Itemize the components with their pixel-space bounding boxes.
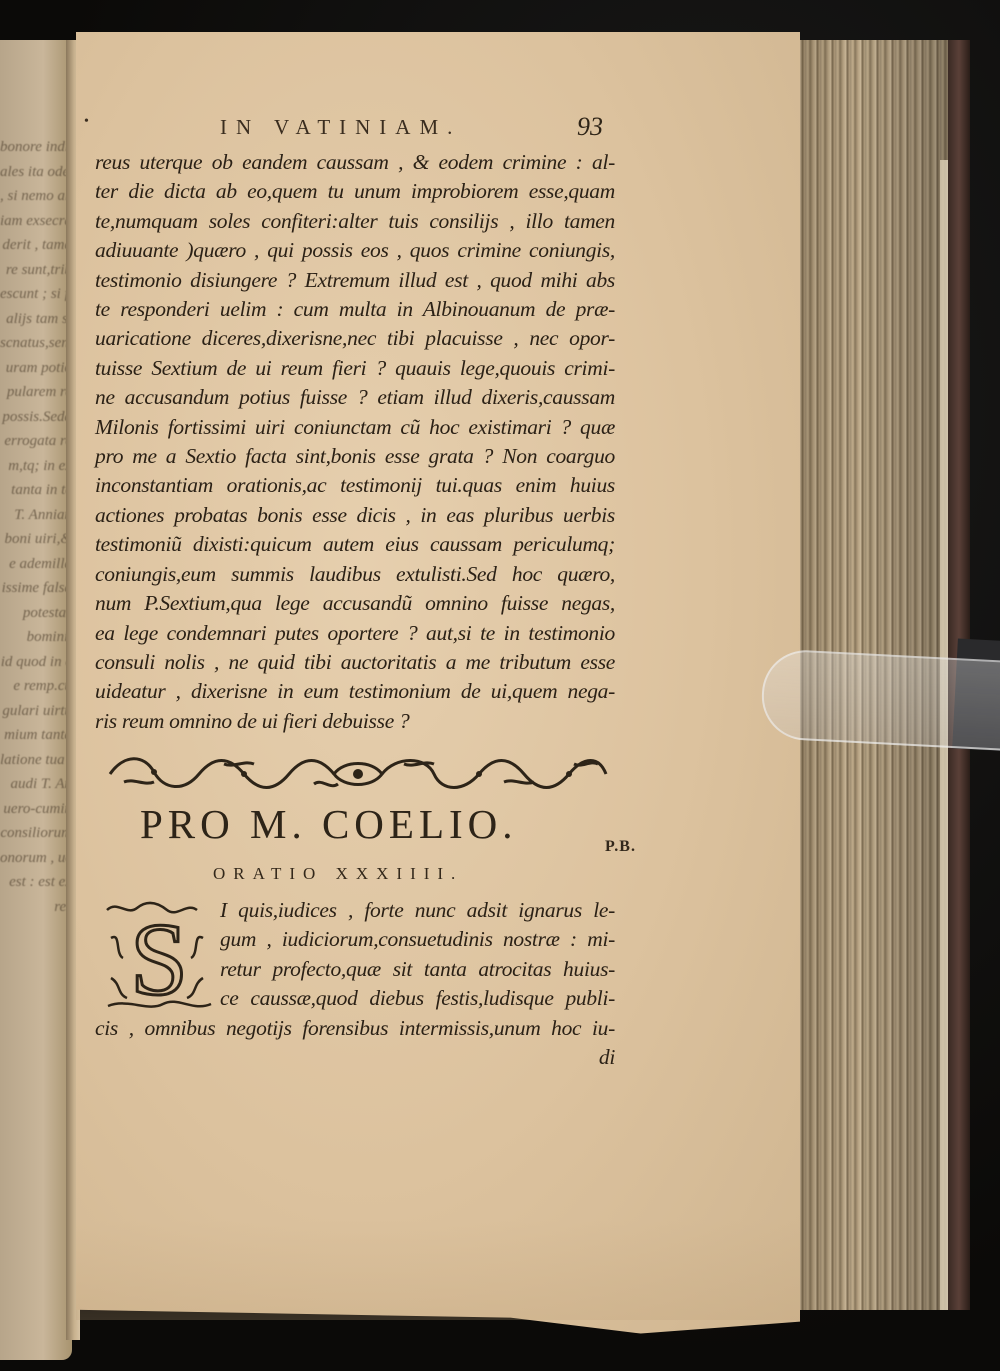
- text-line: num P.Sextium,qua lege accusandũ omnino …: [95, 589, 615, 618]
- fragment-line: pularem re: [0, 380, 72, 405]
- text-line: ris reum omnino de ui fieri debuisse ?: [95, 707, 615, 736]
- fragment-line: e ademilla: [0, 552, 72, 577]
- fragment-line: iam exsecrat: [0, 209, 72, 234]
- oration-subtitle: ORATIO XXXIIII.: [213, 864, 463, 884]
- text-line: ter die dicta ab eo,quem tu unum improbi…: [95, 177, 615, 206]
- fragment-line: uram potio: [0, 356, 72, 381]
- body-text: reus uterque ob eandem caussam , & eodem…: [95, 148, 615, 736]
- fragment-line: re sunt,trib: [0, 258, 72, 283]
- text-line: tuisse Sextium de ui reum fieri ? quauis…: [95, 354, 615, 383]
- text-line: retur profecto,quæ sit tanta atrocitas h…: [95, 955, 615, 984]
- fragment-line: alijs tam si: [0, 307, 72, 332]
- fragment-line: consiliorum: [0, 821, 72, 846]
- catchword: di: [95, 1043, 615, 1072]
- text-line: actiones probatas bonis esse dicis , in …: [95, 501, 615, 530]
- text-line: inconstantiam orationis,ac testimonij tu…: [95, 471, 615, 500]
- floral-headpiece-ornament: [104, 752, 612, 796]
- fragment-line: audi T. An: [0, 772, 72, 797]
- fragment-line: ales ita odera: [0, 160, 72, 185]
- text-line: cis , omnibus negotijs forensibus interm…: [95, 1014, 615, 1043]
- fragment-line: possis.Seda: [0, 405, 72, 430]
- text-line: Milonis fortissimi uiri coniunctam cũ ho…: [95, 413, 615, 442]
- ink-dot-mark: •: [84, 114, 89, 130]
- left-page: bonore indigni ales ita odera , si nemo …: [0, 40, 72, 1360]
- text-line: testimonio disiungere ? Extremum illud e…: [95, 266, 615, 295]
- text-line: testimoniũ dixisti:quicum autem eius cau…: [95, 530, 615, 559]
- text-line: adiuuante )quæro , qui possis eos , quos…: [95, 236, 615, 265]
- signature-mark: P.B.: [605, 838, 636, 856]
- fragment-line: bomini,: [0, 625, 72, 650]
- fragment-line: res: [0, 895, 72, 920]
- fragment-line: e remp.cu: [0, 674, 72, 699]
- text-line: ne accusandum potius fuisse ? etiam illu…: [95, 383, 615, 412]
- fragment-line: errogata re: [0, 429, 72, 454]
- fragment-line: gulari uirtu: [0, 699, 72, 724]
- text-line: ce caussæ,quod diebus festis,ludisque pu…: [95, 984, 615, 1013]
- fragment-line: est : est ex: [0, 870, 72, 895]
- text-line: ea lege condemnari putes oportere ? aut,…: [95, 619, 615, 648]
- text-line: coniungis,eum summis laudibus extulisti.…: [95, 560, 615, 589]
- left-page-text-fragments: bonore indigni ales ita odera , si nemo …: [0, 135, 72, 919]
- text-line: te responderi uelim : cum multa in Albin…: [95, 295, 615, 324]
- fragment-line: bonore indigni: [0, 135, 72, 160]
- fragment-line: , si nemo alijs: [0, 184, 72, 209]
- fragment-line: tanta in te: [0, 478, 72, 503]
- text-line: I quis,iudices , forte nunc adsit ignaru…: [95, 896, 615, 925]
- fragment-line: scnatus,senie: [0, 331, 72, 356]
- fragment-line: uero-cumin: [0, 797, 72, 822]
- page-clip: [760, 648, 1000, 752]
- fragment-line: latione tua lo: [0, 748, 72, 773]
- text-line: te,numquam soles confiteri:alter tuis co…: [95, 207, 615, 236]
- fragment-line: potestas: [0, 601, 72, 626]
- text-line: uideatur , dixerisne in eum testimonium …: [95, 677, 615, 706]
- fragment-line: T. Annian: [0, 503, 72, 528]
- fragment-line: mium tanta: [0, 723, 72, 748]
- water-stain: [76, 1220, 800, 1320]
- running-title: IN VATINIAM.: [220, 115, 461, 140]
- fragment-line: boni uiri,&: [0, 527, 72, 552]
- fragment-line: m,tq; in ex: [0, 454, 72, 479]
- fragment-line: escunt ; si fin: [0, 282, 72, 307]
- text-line: consuli nolis , ne quid tibi auctoritati…: [95, 648, 615, 677]
- text-line: pro me a Sextio facta sint,bonis esse gr…: [95, 442, 615, 471]
- page-number: 93: [577, 112, 603, 142]
- fragment-line: issime falsa: [0, 576, 72, 601]
- fragment-line: id quod in c: [0, 650, 72, 675]
- page-header: • IN VATINIAM. 93: [80, 112, 640, 152]
- opening-paragraph: I quis,iudices , forte nunc adsit ignaru…: [95, 896, 615, 1072]
- section-title: PRO M. COELIO.: [140, 800, 518, 848]
- fragment-line: onorum , uer: [0, 846, 72, 871]
- text-line: uaricatione diceres,dixerisne,nec tibi p…: [95, 324, 615, 353]
- fragment-line: derit , tamq: [0, 233, 72, 258]
- text-line: gum , iudiciorum,consuetudinis nostræ : …: [95, 925, 615, 954]
- text-line: reus uterque ob eandem caussam , & eodem…: [95, 148, 615, 177]
